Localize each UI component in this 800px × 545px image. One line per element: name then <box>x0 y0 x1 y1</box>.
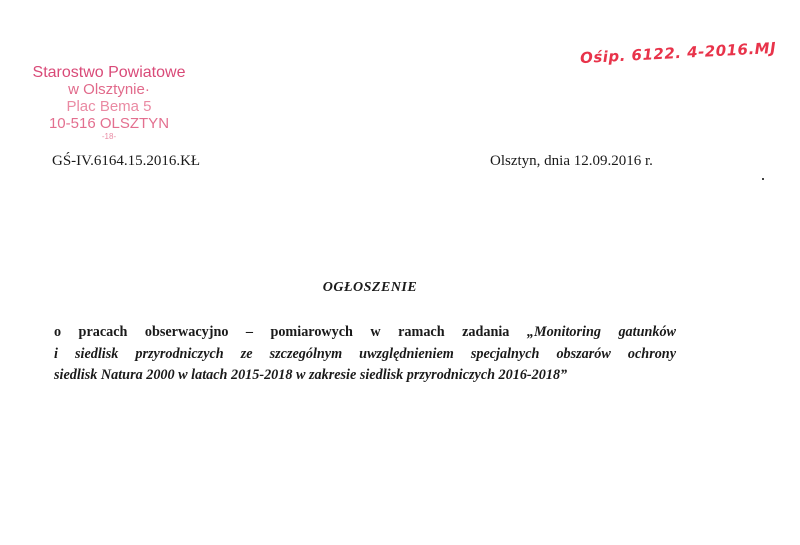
handwritten-annotation: Ośip. 6122. 4-2016.MJ <box>580 39 777 67</box>
document-title: OGŁOSZENIE <box>0 280 740 296</box>
place-and-date: Olsztyn, dnia 12.09.2016 r. <box>490 153 653 170</box>
body-line-2: i siedlisk przyrodniczych ze szczególnym… <box>54 344 676 366</box>
task-name-end: siedlisk Natura 2000 w latach 2015-2018 … <box>54 367 567 383</box>
body-line-1-plain: o pracach obserwacyjno – pomiarowych w r… <box>54 324 527 340</box>
task-name-start: „Monitoring gatunków <box>527 324 676 340</box>
reference-number: GŚ-IV.6164.15.2016.KŁ <box>52 153 200 170</box>
body-line-3: siedlisk Natura 2000 w latach 2015-2018 … <box>54 365 676 387</box>
office-stamp: Starostwo Powiatowe w Olsztynie· Plac Be… <box>14 64 204 141</box>
scan-speck <box>762 178 764 180</box>
stamp-line-office: Starostwo Powiatowe <box>14 64 204 81</box>
stamp-line-number: -18- <box>14 132 204 141</box>
body-line-1: o pracach obserwacyjno – pomiarowych w r… <box>54 322 676 344</box>
stamp-line-city: w Olsztynie· <box>14 81 204 98</box>
announcement-body: o pracach obserwacyjno – pomiarowych w r… <box>54 322 676 387</box>
task-name-middle: i siedlisk przyrodniczych ze szczególnym… <box>54 346 676 362</box>
stamp-line-postal: 10-516 OLSZTYN <box>14 115 204 132</box>
stamp-line-street: Plac Bema 5 <box>14 98 204 115</box>
